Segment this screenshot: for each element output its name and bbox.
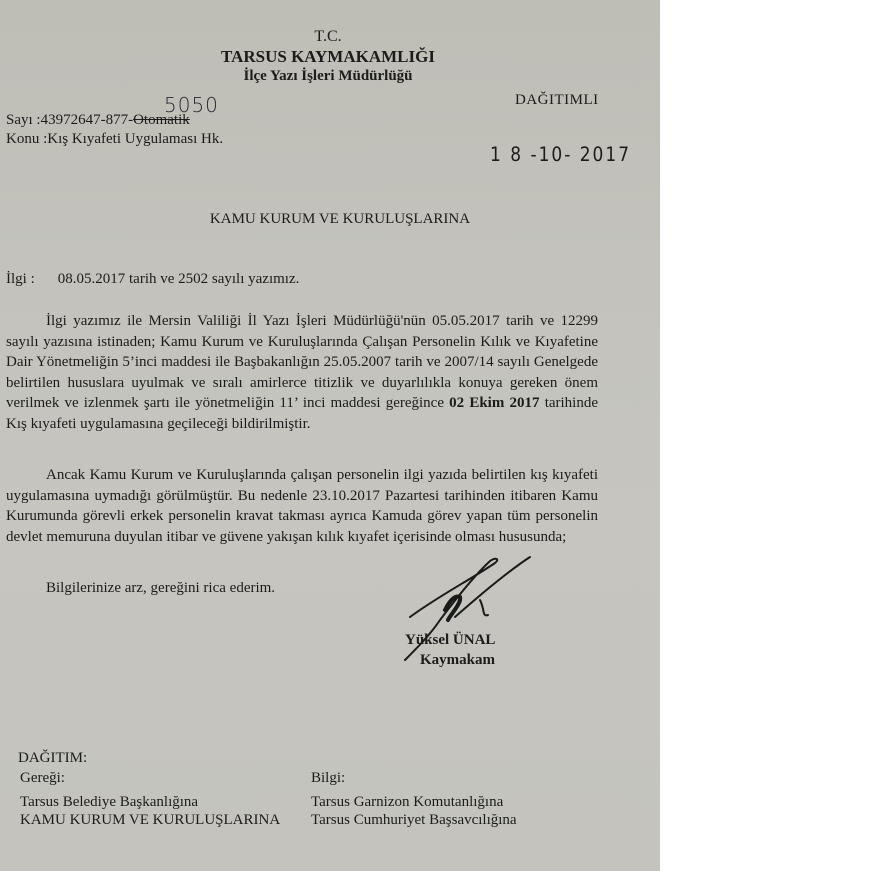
body-paragraph-2: Ancak Kamu Kurum ve Kuruluşlarında çalış…: [6, 465, 598, 547]
distribution-action-item: Tarsus Belediye Başkanlığına: [20, 794, 198, 811]
konu-value: :Kış Kıyafeti Uygulaması Hk.: [43, 131, 223, 147]
sayi-value: :43972647-877-: [36, 112, 133, 128]
subject-line: Konu :Kış Kıyafeti Uygulaması Hk.: [6, 131, 223, 148]
konu-label: Konu: [6, 131, 39, 147]
signer-title: Kaymakam: [420, 652, 495, 669]
distribution-info-item: Tarsus Cumhuriyet Başsavcılığına: [311, 812, 517, 829]
closing-line: Bilgilerinize arz, gereğini rica ederim.: [46, 580, 275, 597]
document-page: T.C. TARSUS KAYMAKAMLIĞI İlçe Yazı İşler…: [0, 0, 660, 871]
distribution-info-item: Tarsus Garnizon Komutanlığına: [311, 794, 503, 811]
reference-number: Sayı :43972647-877-Otomatik: [6, 112, 190, 129]
distribution-action-label: Gereği:: [20, 770, 65, 787]
signer-name: Yüksel ÜNAL: [405, 632, 495, 649]
ilgi-label: İlgi :: [6, 271, 54, 288]
paragraph1-bold-date: 02 Ekim 2017: [449, 395, 539, 411]
distribution-action-item: KAMU KURUM VE KURULUŞLARINA: [20, 812, 280, 829]
distribution-info-label: Bilgi:: [311, 770, 345, 787]
header-tc: T.C.: [28, 28, 628, 46]
reference-line: İlgi : 08.05.2017 tarih ve 2502 sayılı y…: [6, 271, 299, 288]
addressee: KAMU KURUM VE KURULUŞLARINA: [40, 211, 640, 228]
date-stamp: 1 8 -10- 2017: [490, 144, 631, 167]
header-organization: TARSUS KAYMAKAMLIĞI: [28, 47, 628, 67]
sayi-struck-text: Otomatik: [133, 112, 190, 128]
distribution-title: DAĞITIM:: [18, 750, 87, 767]
header-department: İlçe Yazı İşleri Müdürlüğü: [28, 68, 628, 85]
body-paragraph-1: İlgi yazımız ile Mersin Valiliği İl Yazı…: [6, 311, 598, 434]
sayi-label: Sayı: [6, 112, 33, 128]
distribution-mark: DAĞITIMLI: [515, 92, 599, 109]
ilgi-text: 08.05.2017 tarih ve 2502 sayılı yazımız.: [58, 271, 300, 287]
